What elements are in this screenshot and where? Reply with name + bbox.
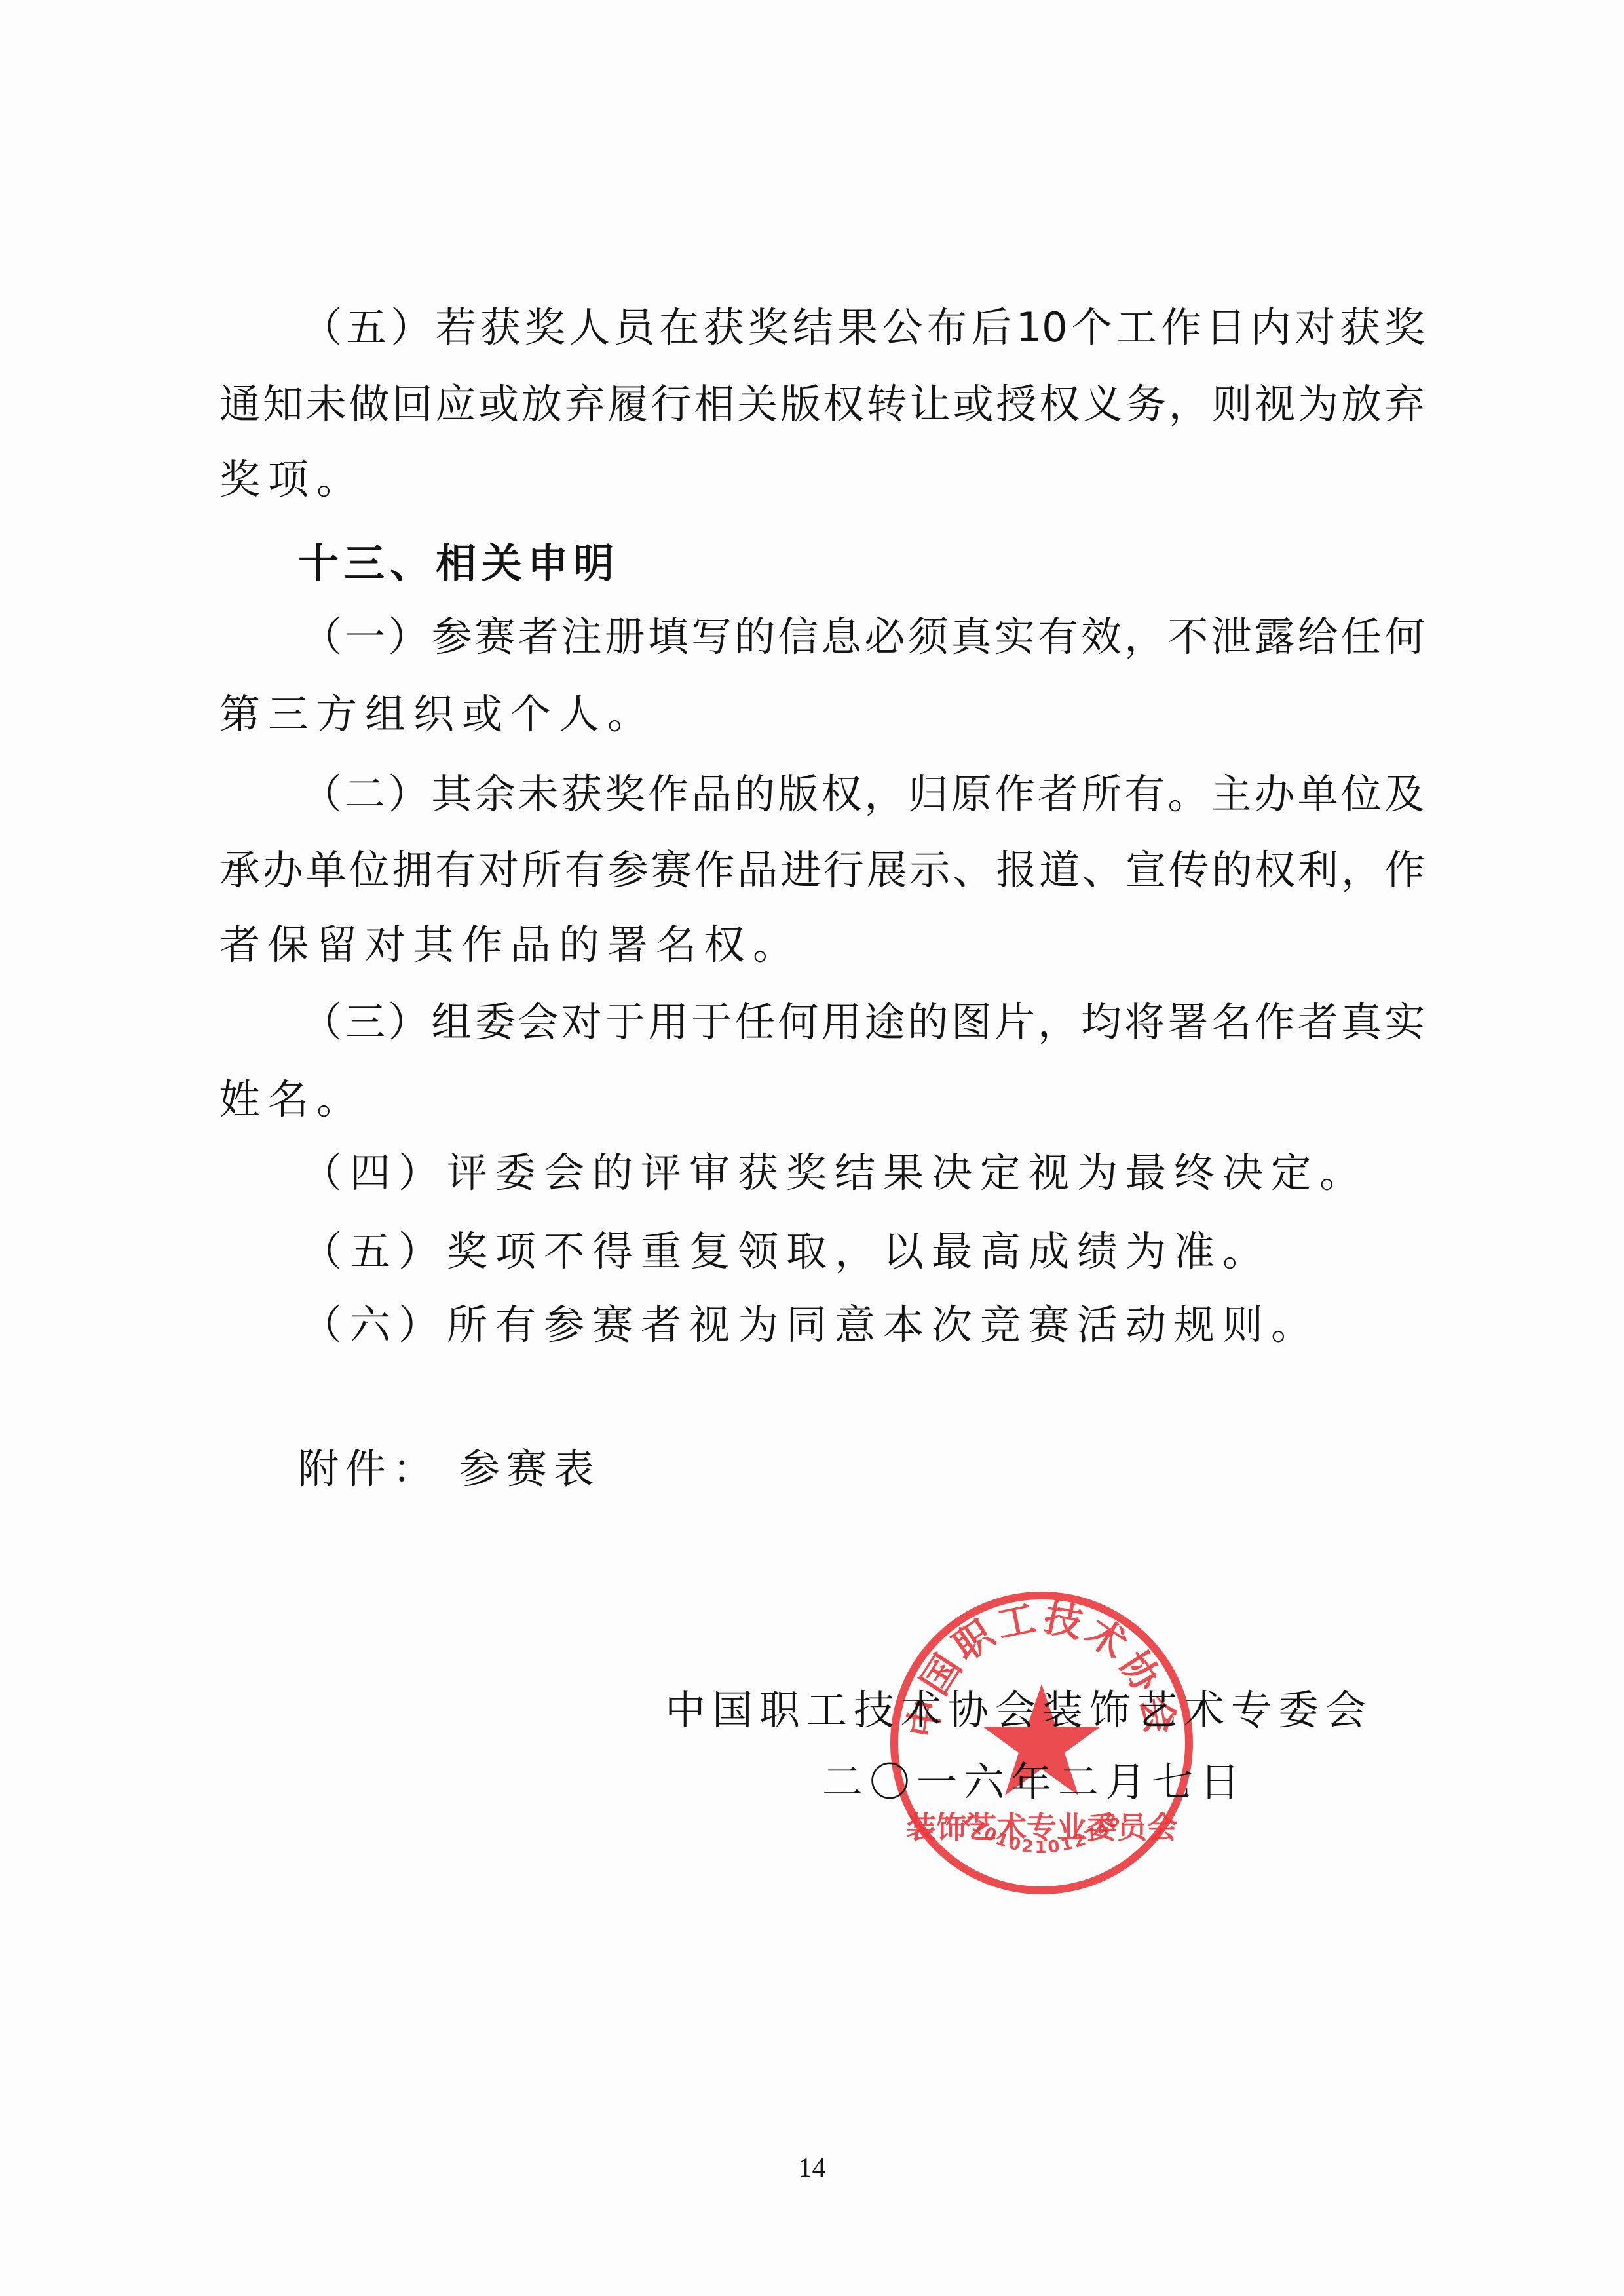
- page-number: 14: [0, 2152, 1624, 2184]
- declaration-line: （六）所有参赛者视为同意本次竞赛活动规则。: [301, 1286, 1425, 1364]
- document-page: （五）若获奖人员在获奖结果公布后10个工作日内对获奖 通知未做回应或放弃履行相关…: [0, 0, 1624, 2296]
- declaration-line: 第三方组织或个人。: [219, 675, 1425, 754]
- paragraph-line: 通知未做回应或放弃履行相关版权转让或授权义务，则视为放弃: [219, 365, 1425, 444]
- declaration-line: 者保留对其作品的署名权。: [219, 906, 1425, 984]
- paragraph-line: 奖项。: [219, 440, 1425, 519]
- attachment-note: 附件： 参赛表: [298, 1430, 1503, 1508]
- section-heading: 十三、相关申明: [298, 524, 1503, 603]
- paragraph-line: （五）若获奖人员在获奖结果公布后10个工作日内对获奖: [301, 288, 1425, 367]
- declaration-line: 承办单位拥有对所有参赛作品进行展示、报道、宣传的权利，作: [219, 831, 1425, 909]
- declaration-line: （五）奖项不得重复领取，以最高成绩为准。: [301, 1212, 1425, 1291]
- declaration-line: （一）参赛者注册填写的信息必须真实有效，不泄露给任何: [301, 598, 1425, 676]
- signature-organization: 中国职工技术协会装饰艺术专委会: [665, 1674, 1372, 1746]
- declaration-line: （三）组委会对于用于任何用途的图片，均将署名作者真实: [301, 983, 1425, 1062]
- signature-date: 二〇一六年二月七日: [822, 1746, 1247, 1818]
- declaration-line: （四）评委会的评审获奖结果决定视为最终决定。: [301, 1134, 1425, 1212]
- declaration-line: 姓名。: [219, 1060, 1425, 1139]
- declaration-line: （二）其余未获奖作品的版权，归原作者所有。主办单位及: [301, 755, 1425, 833]
